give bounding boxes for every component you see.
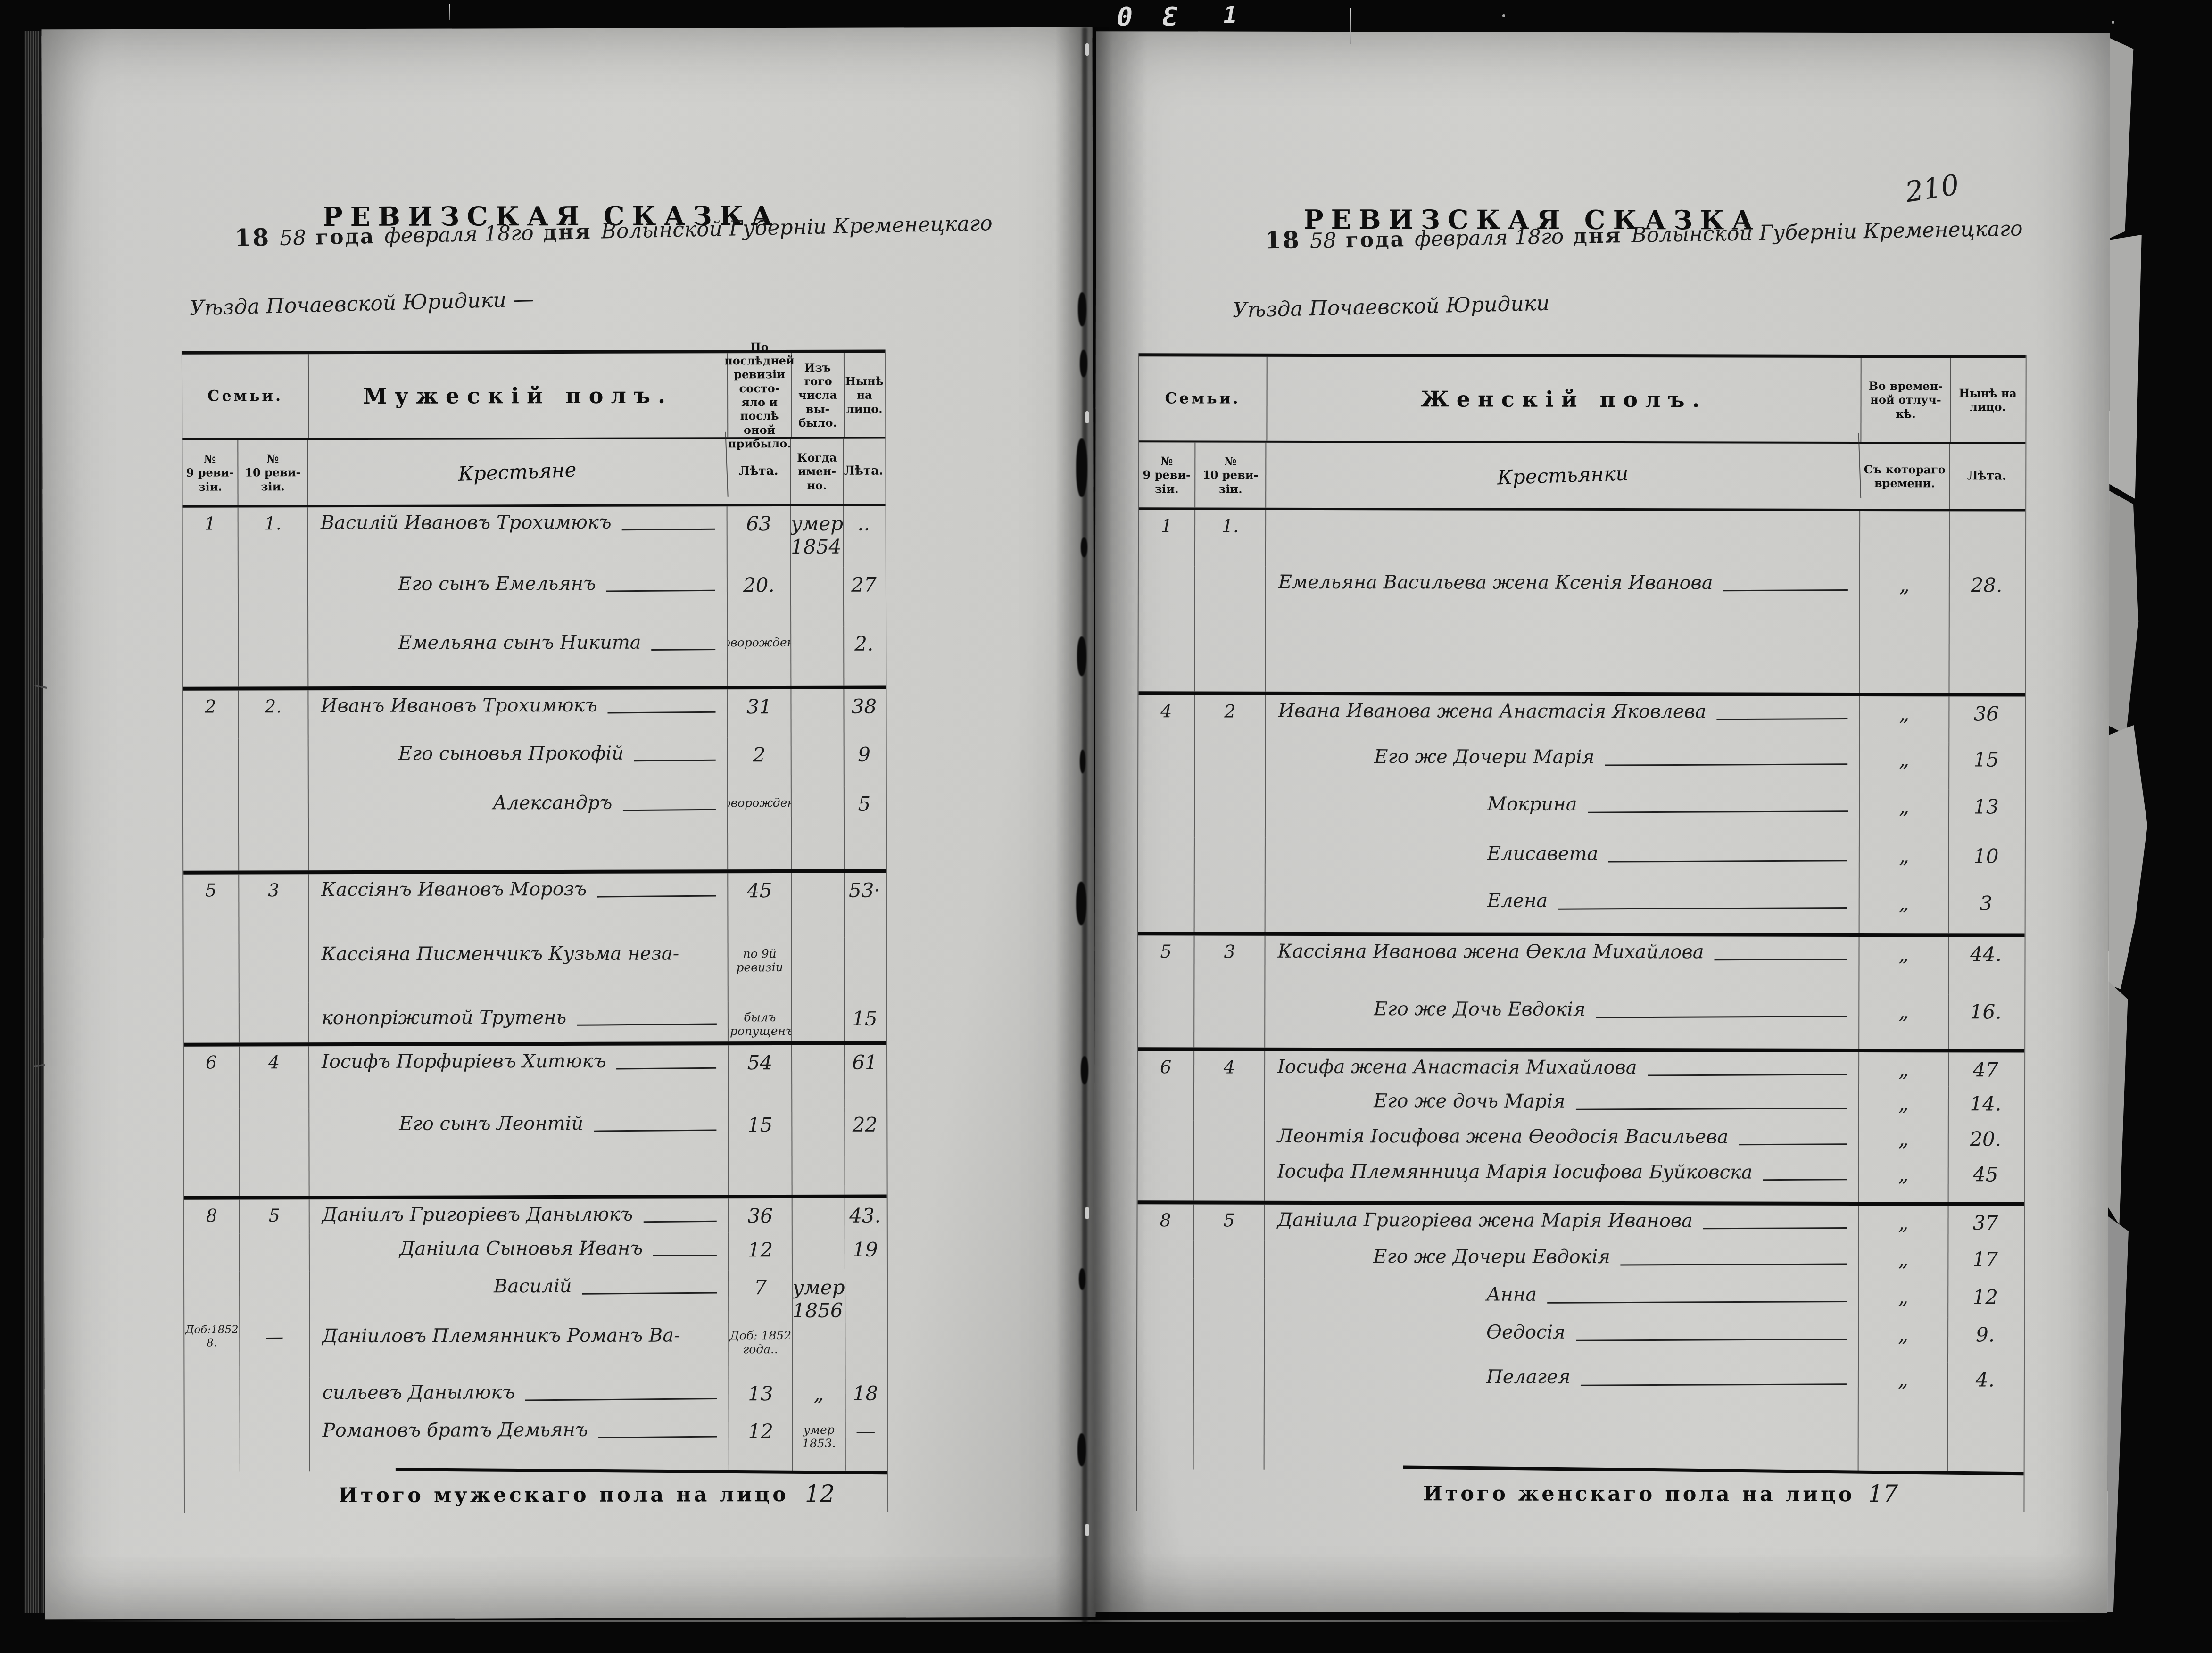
col-since-when: Съ котораго времени. (1860, 444, 1950, 509)
cell-revision9-number (1138, 1120, 1194, 1156)
cell-when-departed (792, 1001, 845, 1041)
cell-person-name: Кассіяна Иванова жена Ѳекла Михайлова (1265, 936, 1859, 994)
table-row: 4 2 Ивана Иванова жена Анастасія Яковлев… (1138, 691, 2025, 742)
cell-revision9-number: 6 (1138, 1051, 1194, 1085)
person-name: Елисавета (1487, 843, 1599, 865)
cell-revision9-number (184, 1233, 240, 1271)
cell-revision10-number (1195, 566, 1266, 691)
binding-ink-blob (1080, 750, 1085, 773)
cell-since-when: „ (1859, 1362, 1948, 1471)
cell-revision9-number (1138, 884, 1195, 932)
cell-age-last-revision: 54 (729, 1045, 792, 1108)
cell-since-when: „ (1859, 937, 1949, 994)
cell-revision10-number (239, 738, 309, 788)
table-row: Александръ новорожденъ 5 (183, 787, 886, 871)
ink-rule (1715, 959, 1847, 960)
cell-person-name: Елисавета (1266, 838, 1860, 886)
person-name: Кассіяна Писменчикъ Кузьма неза- (322, 943, 679, 966)
cell-revision9-number: 1 (1139, 510, 1195, 566)
cell-age-now: 15 (1949, 742, 2023, 789)
cell-age-now: 10 (1949, 839, 2023, 886)
table-row: Его же Дочери Евдокія „ 17 (1137, 1240, 2024, 1280)
date-line-part: февраля 18го (384, 221, 534, 248)
ink-rule (1575, 1108, 1847, 1110)
cell-age-last-revision: 20. (728, 568, 791, 627)
cell-age-now: — (846, 1414, 886, 1471)
film-counter-digit: 0 (1114, 2, 1135, 33)
cell-revision10-number (240, 939, 309, 1002)
cell-revision10-number (240, 1233, 310, 1271)
cell-age-now: 47 (1949, 1052, 2022, 1086)
ink-rule (616, 1067, 716, 1070)
cell-age-now: 28. (1949, 568, 2023, 693)
col-estate-handwritten: Крестьянки (1265, 433, 1861, 518)
cell-person-name: Леонтія Іосифова жена Ѳеодосія Васильева (1265, 1121, 1859, 1157)
person-name: конопріжитой Трутень (322, 1007, 567, 1029)
date-line-part: года (1345, 227, 1405, 252)
cell-revision10-number (1194, 1085, 1265, 1120)
ink-rule (1703, 1227, 1847, 1229)
cell-age-now: 9. (1948, 1317, 2022, 1362)
cell-age-last-revision: 36 (729, 1198, 793, 1232)
cell-revision10-number: 3 (239, 874, 309, 939)
ink-rule (1648, 1074, 1847, 1076)
cell-revision9-number (184, 1108, 240, 1196)
cell-revision10-number (239, 628, 308, 686)
torn-page-edge (2107, 725, 2147, 989)
cell-person-name: Романовъ братъ Демьянъ (310, 1414, 729, 1471)
cell-since-when: „ (1860, 568, 1949, 693)
cell-revision9-number (1138, 788, 1195, 837)
table-row: Елисавета „ 10 (1138, 837, 2025, 886)
male-total-value: 12 (789, 1475, 887, 1507)
cell-person-name: Александръ (309, 787, 728, 870)
cell-revision9-number (184, 1271, 240, 1321)
cell-when-departed: умер 1854 (791, 506, 844, 568)
ink-rule (1717, 718, 1848, 720)
cell-person-name: Его сынъ Леонтій (309, 1108, 729, 1196)
torn-page-edge (2107, 980, 2135, 1225)
person-name: Іосифъ Порфиріевъ Хитюкъ (322, 1050, 606, 1073)
ink-rule (525, 1398, 717, 1401)
cell-person-name: Иванъ Ивановъ Трохимюкъ (308, 689, 728, 738)
folio-number: 210 (1903, 168, 1962, 209)
revision-list-scan: { "film_strip": { "digits": ["0", "3", "… (0, 0, 2212, 1653)
person-name: Василій (494, 1275, 572, 1297)
table-row: Даніила Сыновья Иванъ 12 19 (184, 1232, 887, 1272)
cell-age-last-revision: 45 (728, 873, 792, 938)
ink-rule (598, 1436, 717, 1438)
col-female-sex: Женскій полъ. (1267, 357, 1861, 442)
cell-person-name: Мокрина (1266, 788, 1860, 839)
film-scratch (1350, 8, 1351, 44)
film-fleck (2112, 21, 2114, 24)
person-name: Ѳедосія (1486, 1322, 1566, 1343)
binding-stitch (1085, 43, 1089, 56)
cell-person-name: Даніила Григоріева жена Марія Иванова (1265, 1205, 1859, 1242)
table-row: Его сыновья Прокофій 2 9 (183, 737, 886, 788)
cell-age-now: 45 (1949, 1157, 2022, 1202)
cell-revision10-number: 4 (1194, 1051, 1265, 1085)
table-row: 5 3 Кассіяна Иванова жена Ѳекла Михайлов… (1138, 932, 2024, 994)
cell-when-departed (792, 737, 845, 787)
cell-since-when: „ (1860, 742, 1949, 789)
person-name: Кассіяна Иванова жена Ѳекла Михайлова (1277, 941, 1704, 963)
cell-revision9-number (1138, 993, 1194, 1047)
cell-age-last-revision: 12 (729, 1232, 793, 1270)
table-row: Пелагея „ 4. (1137, 1361, 2024, 1471)
table-header-row-1: Семьи. Женскій полъ. Во времен- ной отлу… (1139, 353, 2025, 444)
cell-revision10-number: 2. (239, 690, 308, 738)
cell-revision9-number: 2 (183, 690, 239, 738)
person-name: Елена (1487, 890, 1548, 912)
col-departed: Изъ того числа вы- было. (792, 353, 845, 437)
cell-age-last-revision: 12 (729, 1414, 793, 1471)
female-total-label: Итого женскаго пола на лицо (1423, 1475, 1855, 1506)
cell-person-name: Его же Дочь Евдокія (1265, 993, 1859, 1049)
cell-when-departed (791, 689, 844, 737)
cell-age-last-revision: новорожденъ (728, 627, 791, 686)
cell-when-departed: умер 1856 (793, 1270, 845, 1320)
cell-when-departed (793, 1232, 845, 1270)
cell-person-name: Его сынъ Емельянъ (308, 568, 728, 628)
person-name: Даніиловъ Племянникъ Романъ Ва- (322, 1325, 680, 1347)
binding-stitch (1085, 1207, 1089, 1219)
cell-age-now: 16. (1949, 994, 2022, 1049)
cell-revision10-number: 5 (1194, 1204, 1265, 1240)
table-row: 5 3 Кассіянъ Ивановъ Морозъ 45 53· (183, 869, 886, 939)
ink-rule (1621, 1263, 1847, 1265)
cell-since-when: „ (1859, 1317, 1948, 1362)
page-right-female: РЕВИЗСКАЯ СКАЗКА 210 1858годафевраля 18г… (1094, 31, 2110, 1613)
cell-since-when: „ (1859, 1157, 1949, 1202)
col-family: Семьи. (182, 354, 309, 438)
cell-age-now: 19 (845, 1232, 885, 1270)
cell-when-departed (791, 568, 844, 627)
cell-since-when: „ (1860, 696, 1949, 742)
cell-revision9-number: 5 (183, 874, 239, 939)
cell-age-now (845, 938, 885, 1001)
cell-age-now: 53· (845, 873, 884, 938)
ink-rule (606, 590, 715, 592)
torn-page-edge (2107, 1215, 2129, 1612)
date-line-part: Волынской Губерніи Кременецкаго (1631, 216, 2023, 247)
person-name: Кассіянъ Ивановъ Морозъ (321, 878, 587, 901)
col-present: Нынѣ на лицо. (845, 353, 884, 437)
cell-since-when: „ (1860, 886, 1949, 933)
male-table-body: 1 1. Василій Ивановъ Трохимюкъ 63 умер 1… (183, 506, 887, 1472)
col-last-revision: По послѣдней ревизіи состо- яло и послѣ … (728, 353, 792, 437)
binding-ink-blob (1079, 1268, 1085, 1290)
male-total-label: Итого мужескаго пола на лицо (339, 1476, 789, 1507)
cell-person-name: Его же дочь Марія (1265, 1085, 1859, 1122)
male-table: Семьи. Мужескій полъ. По послѣдней ревиз… (182, 350, 888, 1513)
cell-revision9-number (183, 788, 239, 870)
cell-since-when: „ (1860, 839, 1949, 886)
table-row: Анна „ 12 (1137, 1278, 2024, 1317)
ink-rule (597, 895, 716, 898)
cell-when-departed (792, 1045, 845, 1108)
cell-revision9-number (1137, 1278, 1194, 1316)
date-line-part: 58 (1309, 229, 1336, 253)
col-male-sex: Мужескій полъ. (309, 353, 728, 438)
cell-revision9-number (1137, 1361, 1194, 1469)
table-row: 2 2. Иванъ Ивановъ Трохимюкъ 31 38 (183, 686, 886, 739)
date-line-part: дня (543, 220, 592, 245)
cell-revision10-number: 1. (1195, 510, 1266, 566)
table-row: Его сынъ Леонтій 15 22 (184, 1108, 886, 1196)
cell-since-when: „ (1859, 1086, 1949, 1122)
cell-age-last-revision: по 9й ревизіи (729, 938, 792, 1001)
cell-age-now: 3 (1949, 886, 2023, 933)
person-name: Его же Дочери Марія (1374, 746, 1594, 768)
person-name: Его же Дочери Евдокія (1373, 1246, 1610, 1268)
cell-revision10-number (239, 788, 309, 870)
date-line-part: 58 (280, 226, 307, 250)
binding-ink-blob (1081, 537, 1087, 557)
person-name: Леонтія Іосифова жена Ѳеодосія Васильева (1277, 1125, 1729, 1148)
film-fleck (1502, 14, 1505, 17)
cell-person-name: Елена (1266, 885, 1860, 933)
cell-person-name: Ѳедосія (1265, 1316, 1859, 1362)
col-estate-handwritten: Крестьяне (307, 432, 728, 512)
cell-revision10-number (1195, 741, 1266, 788)
cell-revision10-number (240, 1108, 309, 1196)
cell-when-departed (792, 873, 845, 938)
col-revision-9: № 9 реви- зіи. (182, 440, 238, 505)
person-name: Емельяна сынъ Никита (398, 632, 641, 654)
cell-revision10-number (240, 1377, 310, 1415)
person-name: Романовъ братъ Демьянъ (323, 1419, 588, 1441)
person-name: сильевъ Данылюкъ (322, 1381, 514, 1404)
ink-rule (1596, 1016, 1847, 1018)
ink-rule (1581, 1383, 1847, 1386)
cell-age-now: 13 (1949, 789, 2023, 839)
cell-age-now: 44. (1949, 937, 2022, 994)
person-name: Емельяна Васильева жена Ксенія Иванова (1278, 571, 1713, 594)
cell-person-name: Кассіянъ Ивановъ Морозъ (309, 873, 728, 939)
film-counter-digit: 3 (1159, 2, 1180, 33)
cell-when-departed (792, 938, 845, 1001)
person-name: Василій Ивановъ Трохимюкъ (321, 512, 612, 534)
cell-age-last-revision: 13 (729, 1376, 793, 1414)
person-name: Даніилъ Григоріевъ Данылюкъ (322, 1204, 633, 1226)
table-row: Мокрина „ 13 (1138, 788, 2025, 839)
cell-revision10-number (1194, 1278, 1265, 1316)
binding-ink-blob (1078, 292, 1086, 326)
table-row: Романовъ братъ Демьянъ 12 умер 1853. — (185, 1414, 887, 1472)
person-name: Его сынъ Емельянъ (398, 573, 596, 595)
cell-age-now: 17 (1948, 1242, 2022, 1280)
ink-rule (1576, 1339, 1847, 1341)
table-row: 6 4 Іосифа жена Анастасія Михайлова „ 47 (1138, 1047, 2024, 1086)
film-counter-digit: 1 (1221, 2, 1239, 28)
cell-revision10-number: 2 (1195, 695, 1266, 741)
col-temporary-absence: Во времен- ной отлуч- кѣ. (1861, 358, 1951, 442)
cell-person-name: Его же Дочери Евдокія (1265, 1241, 1859, 1280)
person-name: Іосифа Племянница Марія Іосифова Буйковс… (1277, 1161, 1753, 1183)
cell-revision10-number (1194, 993, 1265, 1047)
cell-person-name: конопріжитой Трутень (309, 1001, 729, 1042)
cell-revision10-number (240, 1415, 310, 1471)
torn-page-edge (2107, 489, 2140, 735)
cell-person-name: Іосифъ Порфиріевъ Хитюкъ (309, 1045, 729, 1108)
cell-revision9-number (184, 1002, 240, 1042)
cell-person-name: Его же Дочери Марія (1266, 741, 1860, 789)
cell-age-last-revision: 31 (728, 689, 791, 737)
cell-revision9-number: 8 (184, 1199, 240, 1233)
binding-ink-blob (1077, 1433, 1086, 1466)
person-name: Александръ (493, 792, 613, 814)
cell-revision10-number (1194, 1316, 1265, 1361)
cell-revision9-number: 8 (1137, 1204, 1194, 1240)
person-name: Иванъ Ивановъ Трохимюкъ (321, 694, 597, 717)
cell-age-now: 38 (844, 689, 884, 737)
person-name: Іосифа жена Анастасія Михайлова (1277, 1056, 1637, 1078)
date-line-part: Волынской Губерніи Кременецкаго (601, 211, 993, 244)
cell-revision9-number (183, 738, 239, 788)
col-revision-10: № 10 реви- зіи. (1195, 442, 1266, 507)
cell-person-name: Ивана Иванова жена Анастасія Яковлева (1266, 695, 1860, 742)
ink-rule (582, 1292, 717, 1294)
cell-person-name: Емельяна сынъ Никита (308, 627, 728, 686)
col-age-now-label: Лѣта. (1950, 444, 2023, 509)
binding-ink-blob (1076, 882, 1086, 925)
cell-since-when: „ (1860, 789, 1949, 839)
cell-when-departed (792, 1108, 845, 1195)
table-row: 8 5 Даніила Григоріева жена Марія Иванов… (1137, 1200, 2024, 1242)
cell-age-now: 22 (845, 1108, 885, 1195)
cell-age-now: 18 (845, 1376, 885, 1414)
cell-since-when: „ (1859, 1052, 1949, 1086)
cell-since-when: „ (1859, 1242, 1948, 1280)
date-line-part: февраля 18го (1415, 224, 1564, 251)
female-table-body: 1 1. Емельяна Васильева жена Ксенія Иван… (1137, 510, 2026, 1471)
cell-when-departed (792, 787, 845, 869)
cell-revision9-number: 1 (183, 507, 239, 569)
cell-age-now: .. (844, 506, 884, 568)
cell-since-when (1860, 511, 1950, 568)
binding-stitch (1085, 411, 1089, 423)
male-total-row: Итого мужескаго пола на лицо 12 (185, 1471, 887, 1513)
cell-revision10-number (1194, 1156, 1265, 1200)
date-line-part: 18 (234, 223, 271, 252)
cell-revision9-number (1138, 741, 1195, 788)
binding-stitch (1085, 1524, 1089, 1536)
cell-age-now: 14. (1949, 1086, 2022, 1122)
person-name: Даніила Сыновья Иванъ (399, 1238, 643, 1260)
cell-age-now: 27 (844, 568, 884, 627)
table-row: Емельяна Васильева жена Ксенія Иванова „… (1138, 566, 2025, 693)
cell-since-when: „ (1859, 1206, 1948, 1242)
ink-rule (1739, 1143, 1847, 1145)
table-row: Доб:1852 8. — Даніиловъ Племянникъ Роман… (184, 1320, 887, 1378)
cell-revision9-number: 5 (1138, 935, 1194, 993)
table-row: Его же Дочери Марія „ 15 (1138, 741, 2025, 789)
cell-person-name: Его сыновья Прокофій (309, 737, 728, 788)
cell-age-now (845, 1320, 885, 1376)
cell-age-now: 12 (1948, 1280, 2022, 1317)
table-row: Его же Дочь Евдокія „ 16. (1138, 993, 2024, 1049)
torn-page-edge (2107, 37, 2137, 240)
cell-age-last-revision: новорожденъ (728, 787, 792, 869)
person-name: Ивана Иванова жена Анастасія Яковлева (1278, 700, 1706, 723)
cell-age-now: 9 (845, 737, 884, 787)
table-row: Іосифа Племянница Марія Іосифова Буйковс… (1138, 1156, 2024, 1202)
cell-person-name: Іосифа жена Анастасія Михайлова (1265, 1051, 1859, 1086)
binding-ink-blob (1077, 636, 1086, 676)
cell-when-departed (791, 627, 844, 686)
col-revision-10: № 10 реви- зіи. (238, 440, 308, 505)
film-scratch (449, 4, 450, 20)
cell-person-name: Василій Ивановъ Трохимюкъ (308, 506, 728, 569)
cell-age-now: 43. (845, 1198, 885, 1232)
cell-age-last-revision: 7 (729, 1270, 793, 1320)
table-row: 1 1. (1139, 510, 2025, 568)
cell-revision10-number: 3 (1194, 935, 1265, 993)
ink-rule (1558, 907, 1847, 910)
ink-rule (1763, 1179, 1847, 1181)
table-row: сильевъ Данылюкъ 13 „ 18 (184, 1376, 887, 1415)
cell-revision9-number (1138, 1085, 1194, 1120)
cell-revision9-number (1137, 1316, 1194, 1361)
cell-person-name: Даніиловъ Племянникъ Романъ Ва- (310, 1320, 729, 1377)
date-line-part: 18 (1265, 226, 1301, 254)
ink-rule (634, 760, 716, 761)
table-row: конопріжитой Трутень былъ пропущенъ: 15 (184, 1001, 886, 1043)
table-row: Ѳедосія „ 9. (1137, 1316, 2024, 1362)
cell-since-when: „ (1859, 994, 1949, 1049)
cell-revision10-number: — (240, 1321, 310, 1377)
cell-person-name: Анна (1265, 1279, 1859, 1317)
table-row: Кассіяна Писменчикъ Кузьма неза- по 9й р… (184, 938, 886, 1003)
cell-person-name: Василій (310, 1270, 729, 1321)
table-row: Елена „ 3 (1138, 884, 2025, 933)
female-total-value: 17 (1855, 1475, 2023, 1508)
cell-age-now: 37 (1948, 1206, 2022, 1242)
cell-person-name: сильевъ Данылюкъ (310, 1376, 729, 1415)
table-row: Емельяна сынъ Никита новорожденъ 2. (183, 627, 886, 687)
ink-rule (1547, 1301, 1847, 1304)
ink-rule (608, 711, 716, 714)
table-header-row-1: Семьи. Мужескій полъ. По послѣдней ревиз… (182, 350, 885, 440)
cell-when-departed (793, 1320, 845, 1376)
cell-revision9-number (1138, 1156, 1194, 1200)
person-name: Пелагея (1486, 1366, 1570, 1388)
ink-rule (577, 1023, 716, 1025)
female-table: Семьи. Женскій полъ. Во времен- ной отлу… (1136, 353, 2026, 1512)
cell-revision10-number (239, 569, 308, 628)
cell-person-name: Пелагея (1265, 1361, 1859, 1471)
cell-age-now (845, 1270, 885, 1320)
binding-ink-blob (1081, 1056, 1088, 1084)
cell-revision9-number: 4 (1138, 695, 1195, 741)
cell-age-now (1950, 511, 2023, 568)
person-name: Его сыновья Прокофій (398, 743, 624, 765)
binding-ink-blob (1080, 350, 1087, 377)
ink-rule (1723, 589, 1848, 591)
cell-age-now: 2. (844, 627, 884, 686)
cell-revision10-number (1194, 1361, 1265, 1469)
ink-rule (652, 649, 716, 651)
cell-when-departed: умер 1853. (793, 1414, 846, 1471)
cell-since-when: „ (1859, 1122, 1949, 1157)
col-revision-9: № 9 реви- зіи. (1139, 442, 1195, 507)
table-header-row-2: № 9 реви- зіи. № 10 реви- зіи. Крестьяне… (182, 439, 885, 508)
cell-person-name: Кассіяна Писменчикъ Кузьма неза- (309, 938, 729, 1002)
cell-revision9-number (1137, 1240, 1194, 1278)
female-total-row: Итого женскаго пола на лицо 17 (1137, 1469, 2023, 1512)
